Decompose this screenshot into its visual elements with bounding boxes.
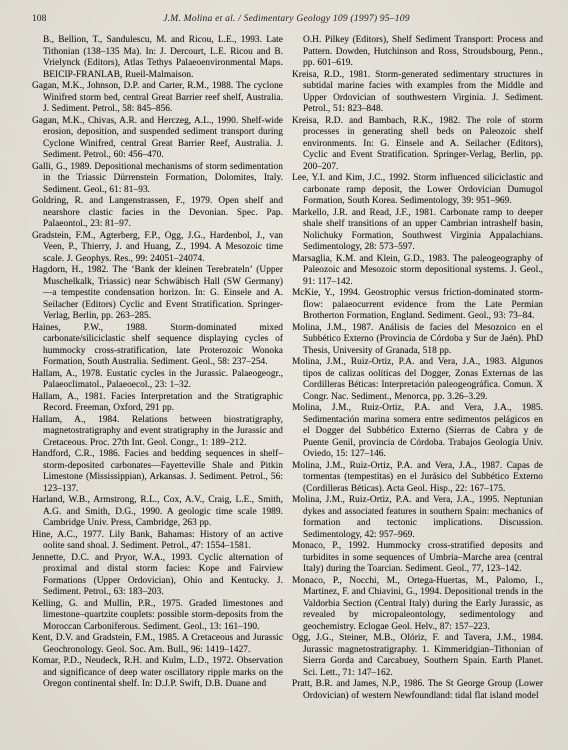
reference-item: McKie, Y., 1994. Geostrophic versus fric…: [292, 288, 543, 323]
reference-item: Molina, J.M., Ruiz-Ortiz, P.A. and Vera,…: [292, 495, 543, 541]
reference-item: Monaco, P., 1992. Hummocky cross-stratif…: [292, 541, 543, 576]
reference-item: Ogg, J.G., Steiner, M.B., Olóriz, F. and…: [292, 633, 543, 679]
running-head: J.M. Molina et al. / Sedimentary Geology…: [32, 13, 541, 25]
reference-list: B., Bellion, T., Sandulescu, M. and Rico…: [32, 35, 543, 702]
reference-item: O.H. Pilkey (Editors), Shelf Sediment Tr…: [292, 35, 543, 70]
reference-item: Kreisa, R.D. and Bambach, R.K., 1982. Th…: [292, 116, 543, 174]
reference-item: Hallam, A., 1981. Facies Interpretation …: [32, 392, 283, 415]
reference-item: Gradstein, F.M., Agterberg, F.P., Ogg, J…: [32, 231, 283, 266]
reference-item: Handford, C.R., 1986. Facies and bedding…: [32, 449, 283, 495]
reference-item: Pratt, B.R. and James, N.P., 1986. The S…: [292, 679, 543, 702]
reference-item: Markello, J.R. and Read, J.F., 1981. Car…: [292, 208, 543, 254]
reference-item: Kent, D.V. and Gradstein, F.M., 1985. A …: [32, 633, 283, 656]
reference-item: Molina, J.M., 1987. Análisis de facies d…: [292, 323, 543, 358]
reference-item: Goldring, R. and Langenstrassen, F., 197…: [32, 196, 283, 231]
reference-item: Molina, J.M., Ruiz-Ortiz, P.A. and Vera,…: [292, 403, 543, 461]
reference-item: Monaco, P., Nocchi, M., Ortega-Huertas, …: [292, 576, 543, 634]
reference-item: Molina, J.M., Ruiz-Ortiz, P.A. and Vera,…: [292, 357, 543, 403]
reference-item: Hallam, A., 1978. Eustatic cycles in the…: [32, 369, 283, 392]
reference-item: Hallam, A., 1984. Relations between bios…: [32, 415, 283, 450]
reference-item: Jennette, D.C. and Pryor, W.A., 1993. Cy…: [32, 553, 283, 599]
reference-item: Kreisa, R.D., 1981. Storm-generated sedi…: [292, 70, 543, 116]
reference-item: Hagdorn, H., 1982. The ‘Bank der kleinen…: [32, 265, 283, 323]
reference-item: B., Bellion, T., Sandulescu, M. and Rico…: [32, 35, 283, 81]
reference-item: Kelling, G. and Mullin, P.R., 1975. Grad…: [32, 599, 283, 634]
reference-item: Gagan, M.K., Johnson, D.P. and Carter, R…: [32, 81, 283, 116]
reference-item: Gagan, M.K., Chivas, A.R. and Herczeg, A…: [32, 116, 283, 162]
reference-item: Marsaglia, K.M. and Klein, G.D., 1983. T…: [292, 254, 543, 289]
reference-item: Haines, P.W., 1988. Storm-dominated mixe…: [32, 323, 283, 369]
references-column-right: O.H. Pilkey (Editors), Shelf Sediment Tr…: [292, 35, 543, 702]
reference-item: Komar, P.D., Neudeck, R.H. and Kulm, L.D…: [32, 656, 283, 691]
page-header: 108 J.M. Molina et al. / Sedimentary Geo…: [32, 13, 541, 27]
reference-item: Galli, G., 1989. Depositional mechanisms…: [32, 162, 283, 197]
references-column-left: B., Bellion, T., Sandulescu, M. and Rico…: [32, 35, 283, 702]
reference-item: Molina, J.M., Ruiz-Ortiz, P.A. and Vera,…: [292, 461, 543, 496]
reference-item: Harland, W.B., Armstrong, R.L., Cox, A.V…: [32, 495, 283, 530]
reference-item: Lee, Y.I. and Kim, J.C., 1992. Storm inf…: [292, 173, 543, 208]
reference-item: Hine, A.C., 1977. Lily Bank, Bahamas: Hi…: [32, 530, 283, 553]
